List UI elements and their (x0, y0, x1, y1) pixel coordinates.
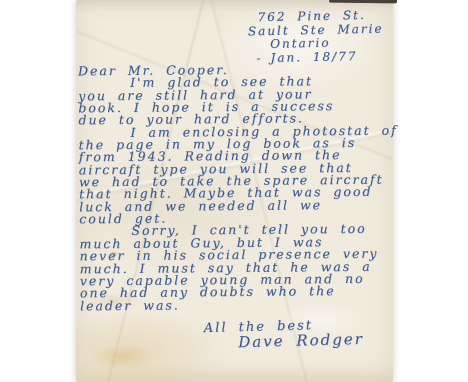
letter-header: 762 Pine St. Sault Ste Marie Ontario - J… (245, 9, 384, 66)
letter-signoff: All the best Dave Rodger (204, 318, 364, 350)
letter-body: Dear Mr. Cooper. I'm glad to see that yo… (78, 63, 392, 313)
torn-paper-edge (329, 0, 397, 3)
letter-paper: 762 Pine St. Sault Ste Marie Ontario - J… (76, 0, 393, 382)
stain (90, 344, 154, 370)
signature: Dave Rodger (238, 332, 364, 349)
scanned-letter-photo: 762 Pine St. Sault Ste Marie Ontario - J… (0, 0, 468, 382)
